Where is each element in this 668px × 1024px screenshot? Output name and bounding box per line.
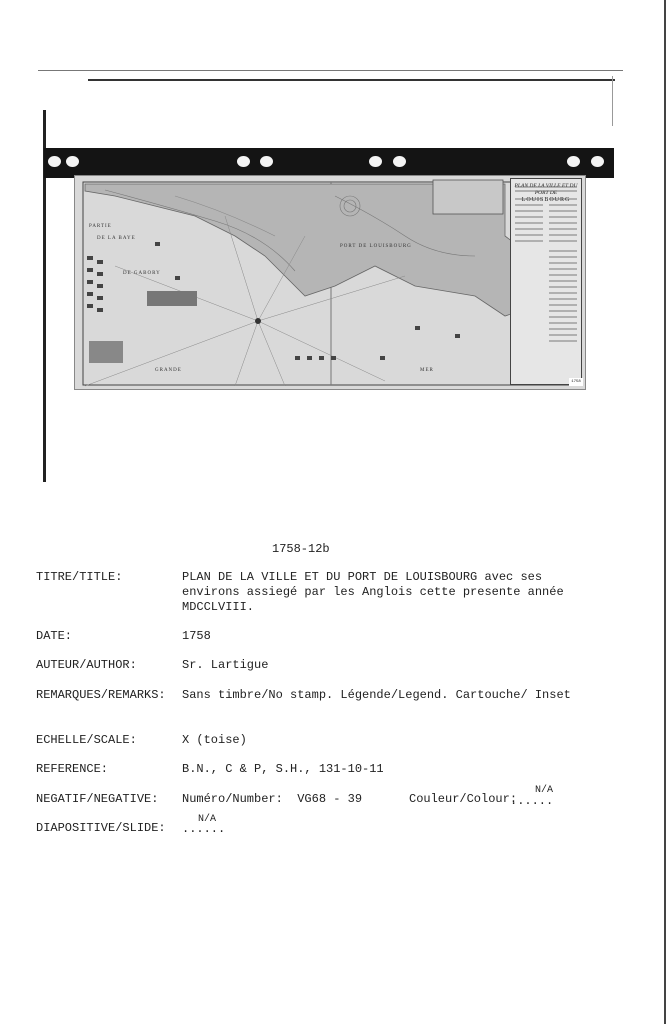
sprocket-hole <box>591 156 604 167</box>
document-id: 1758-12b <box>272 542 330 556</box>
map-cartouche: PLAN DE LA VILLE ET DU PORT DE LOUISBOUR… <box>510 178 582 385</box>
field-label: REFERENCE: <box>36 762 186 777</box>
map-label: PARTIE <box>89 224 112 229</box>
field-label: TITRE/TITLE: <box>36 570 186 585</box>
map-label: GRANDE <box>155 368 182 373</box>
legend-lines <box>511 179 581 359</box>
field-label: ECHELLE/SCALE: <box>36 733 186 748</box>
field-value: B.N., C & P, S.H., 131-10-11 <box>182 762 602 777</box>
colour-label: Couleur/Colour: <box>409 792 517 807</box>
field-value: Sr. Lartigue <box>182 658 602 673</box>
map-label: DE LA BAYE <box>97 236 136 241</box>
sprocket-hole <box>369 156 382 167</box>
map-label: PORT DE LOUISBOURG <box>340 244 412 249</box>
sprocket-hole <box>567 156 580 167</box>
mount-rule <box>88 79 615 81</box>
sprocket-hole <box>237 156 250 167</box>
field-label: REMARQUES/REMARKS: <box>36 688 186 703</box>
map-label: MER <box>420 368 434 373</box>
colour-dots: ...... <box>510 794 553 808</box>
field-label: DIAPOSITIVE/SLIDE: <box>36 821 186 836</box>
sprocket-hole <box>393 156 406 167</box>
sprocket-hole <box>260 156 273 167</box>
field-value: PLAN DE LA VILLE ET DU PORT DE LOUISBOUR… <box>182 570 602 615</box>
field-label: AUTEUR/AUTHOR: <box>36 658 186 673</box>
film-strip <box>44 148 614 178</box>
top-rule <box>38 70 623 71</box>
field-value: Sans timbre/No stamp. Légende/Legend. Ca… <box>182 688 572 703</box>
mount-rule-right <box>612 76 613 126</box>
field-value: X (toise) <box>182 733 602 748</box>
map-stamp: 1758 <box>569 378 583 386</box>
slide-dots: ...... <box>182 822 225 836</box>
sprocket-hole <box>48 156 61 167</box>
page-edge <box>664 0 666 1024</box>
field-value: 1758 <box>182 629 602 644</box>
map-drawing <box>75 176 585 389</box>
map-image: PARTIE DE LA BAYE DE GABORY PORT DE LOUI… <box>74 175 586 390</box>
map-label: DE GABORY <box>123 271 161 276</box>
sprocket-hole <box>66 156 79 167</box>
field-label: NEGATIF/NEGATIVE: <box>36 792 186 807</box>
field-label: DATE: <box>36 629 186 644</box>
